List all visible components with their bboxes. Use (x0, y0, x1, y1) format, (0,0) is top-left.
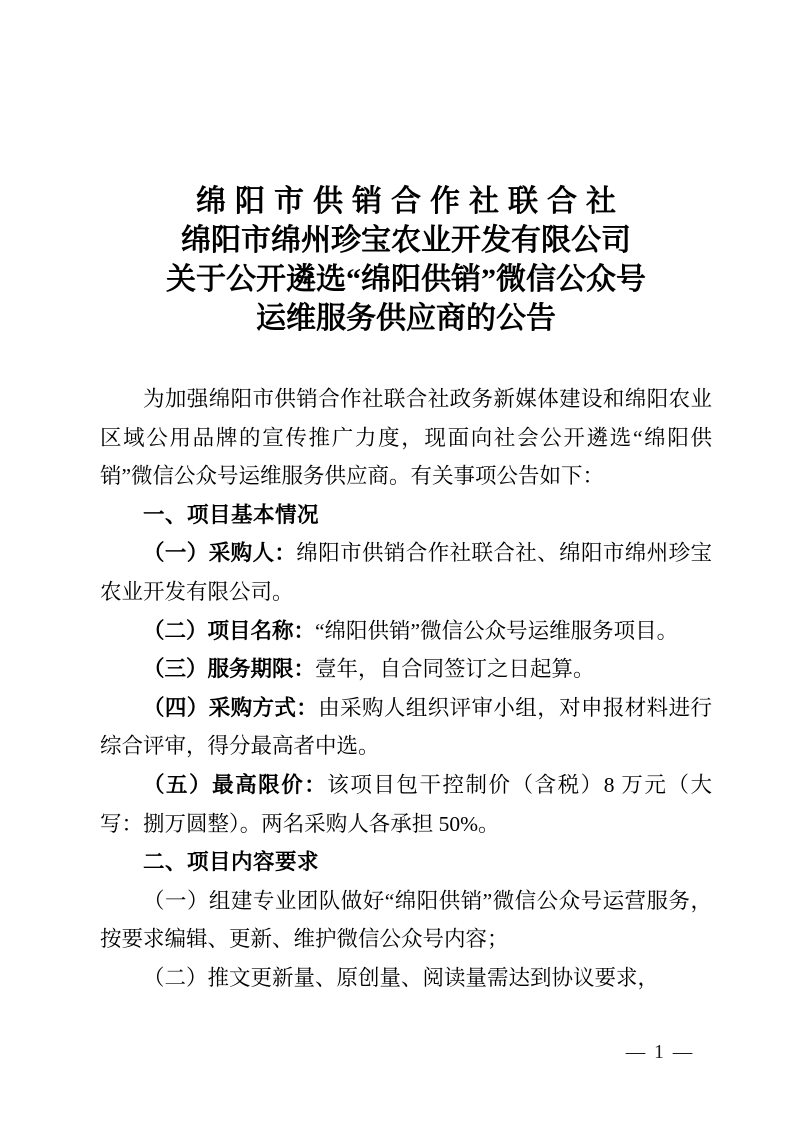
document-title: 绵阳市供销合作社联合社 绵阳市绵州珍宝农业开发有限公司 关于公开遴选“绵阳供销”… (100, 182, 712, 338)
purchaser-item: （一）采购人：绵阳市供销合作社联合社、绵阳市绵州珍宝农业开发有限公司。 (100, 534, 712, 611)
document-content: 绵阳市供销合作社联合社 绵阳市绵州珍宝农业开发有限公司 关于公开遴选“绵阳供销”… (100, 0, 712, 998)
purchaser-item-label: （一）采购人： (143, 541, 296, 565)
project-name-item-text: “绵阳供销”微信公众号运维服务项目。 (315, 619, 678, 643)
section-1-heading: 一、项目基本情况 (100, 496, 712, 535)
procurement-method-item-label: （四）采购方式： (143, 696, 318, 720)
content-requirement-item-2: （二）推文更新量、原创量、阅读量需达到协议要求， (100, 959, 712, 998)
project-name-item: （二）项目名称：“绵阳供销”微信公众号运维服务项目。 (100, 612, 712, 651)
section-2-heading: 二、项目内容要求 (100, 843, 712, 882)
document-title-line-4: 运维服务供应商的公告 (100, 299, 712, 338)
content-requirement-item-1: （一）组建专业团队做好“绵阳供销”微信公众号运营服务，按要求编辑、更新、维护微信… (100, 882, 712, 959)
document-title-line-3: 关于公开遴选“绵阳供销”微信公众号 (100, 260, 712, 299)
document-page: 绵阳市供销合作社联合社 绵阳市绵州珍宝农业开发有限公司 关于公开遴选“绵阳供销”… (0, 0, 793, 1122)
document-title-line-2: 绵阳市绵州珍宝农业开发有限公司 (100, 221, 712, 260)
procurement-method-item: （四）采购方式：由采购人组织评审小组，对申报材料进行综合评审，得分最高者中选。 (100, 689, 712, 766)
document-title-line-1: 绵阳市供销合作社联合社 (100, 182, 712, 221)
document-body: 为加强绵阳市供销合作社联合社政务新媒体建设和绵阳农业区域公用品牌的宣传推广力度，… (100, 380, 712, 998)
project-name-item-label: （二）项目名称： (143, 619, 315, 643)
service-term-item-text: 壹年，自合同签订之日起算。 (315, 657, 595, 681)
price-cap-item-label: （五）最高限价： (143, 773, 327, 797)
intro-paragraph: 为加强绵阳市供销合作社联合社政务新媒体建设和绵阳农业区域公用品牌的宣传推广力度，… (100, 380, 712, 496)
service-term-item: （三）服务期限：壹年，自合同签订之日起算。 (100, 650, 712, 689)
service-term-item-label: （三）服务期限： (143, 657, 315, 681)
price-cap-item: （五）最高限价：该项目包干控制价（含税）8 万元（大写：捌万圆整）。两名采购人各… (100, 766, 712, 843)
page-number: — 1 — (600, 1040, 720, 1066)
